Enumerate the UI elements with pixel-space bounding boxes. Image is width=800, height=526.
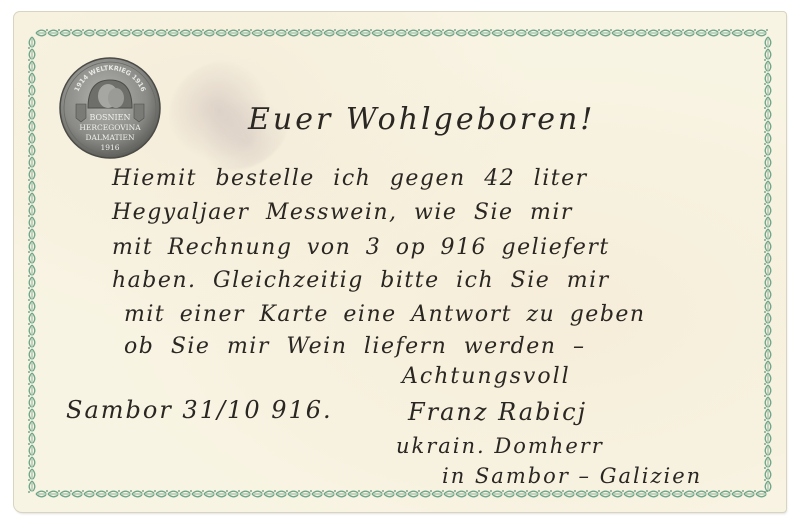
letter-line-1: Hiemit bestelle ich gegen 42 liter <box>112 166 588 191</box>
coat-of-arms-icon <box>76 104 86 122</box>
medallion-line-3: DALMATIEN <box>85 133 135 142</box>
address-line-1: ukrain. Domherr <box>396 434 604 458</box>
letter-line-5: mit einer Karte eine Antwort zu geben <box>124 302 646 327</box>
letter-line-4: haben. Gleichzeitig bitte ich Sie mir <box>112 268 610 293</box>
letter-line-2: Hegyaljaer Messwein, wie Sie mir <box>112 200 573 225</box>
medallion-line-4: 1916 <box>100 143 119 152</box>
letter-line-3: mit Rechnung von 3 op 916 geliefert <box>112 235 610 260</box>
medallion-line-2: HERCEGOVINA <box>79 123 141 132</box>
address-line-2: in Sambor – Galizien <box>442 464 702 488</box>
letter-line-6: ob Sie mir Wein liefern werden – <box>124 334 585 359</box>
medallion: 1914 WELTKRIEG 1916 BOSNIEN HERCEGOVINA … <box>58 56 162 160</box>
coat-of-arms-icon <box>134 104 144 122</box>
medallion-line-1: BOSNIEN <box>89 113 130 122</box>
letter-closing: Achtungsvoll <box>402 364 571 389</box>
letter-greeting: Euer Wohlgeboren! <box>248 102 595 137</box>
place-date: Sambor 31/10 916. <box>66 396 333 424</box>
signature: Franz Rabicj <box>408 398 587 426</box>
